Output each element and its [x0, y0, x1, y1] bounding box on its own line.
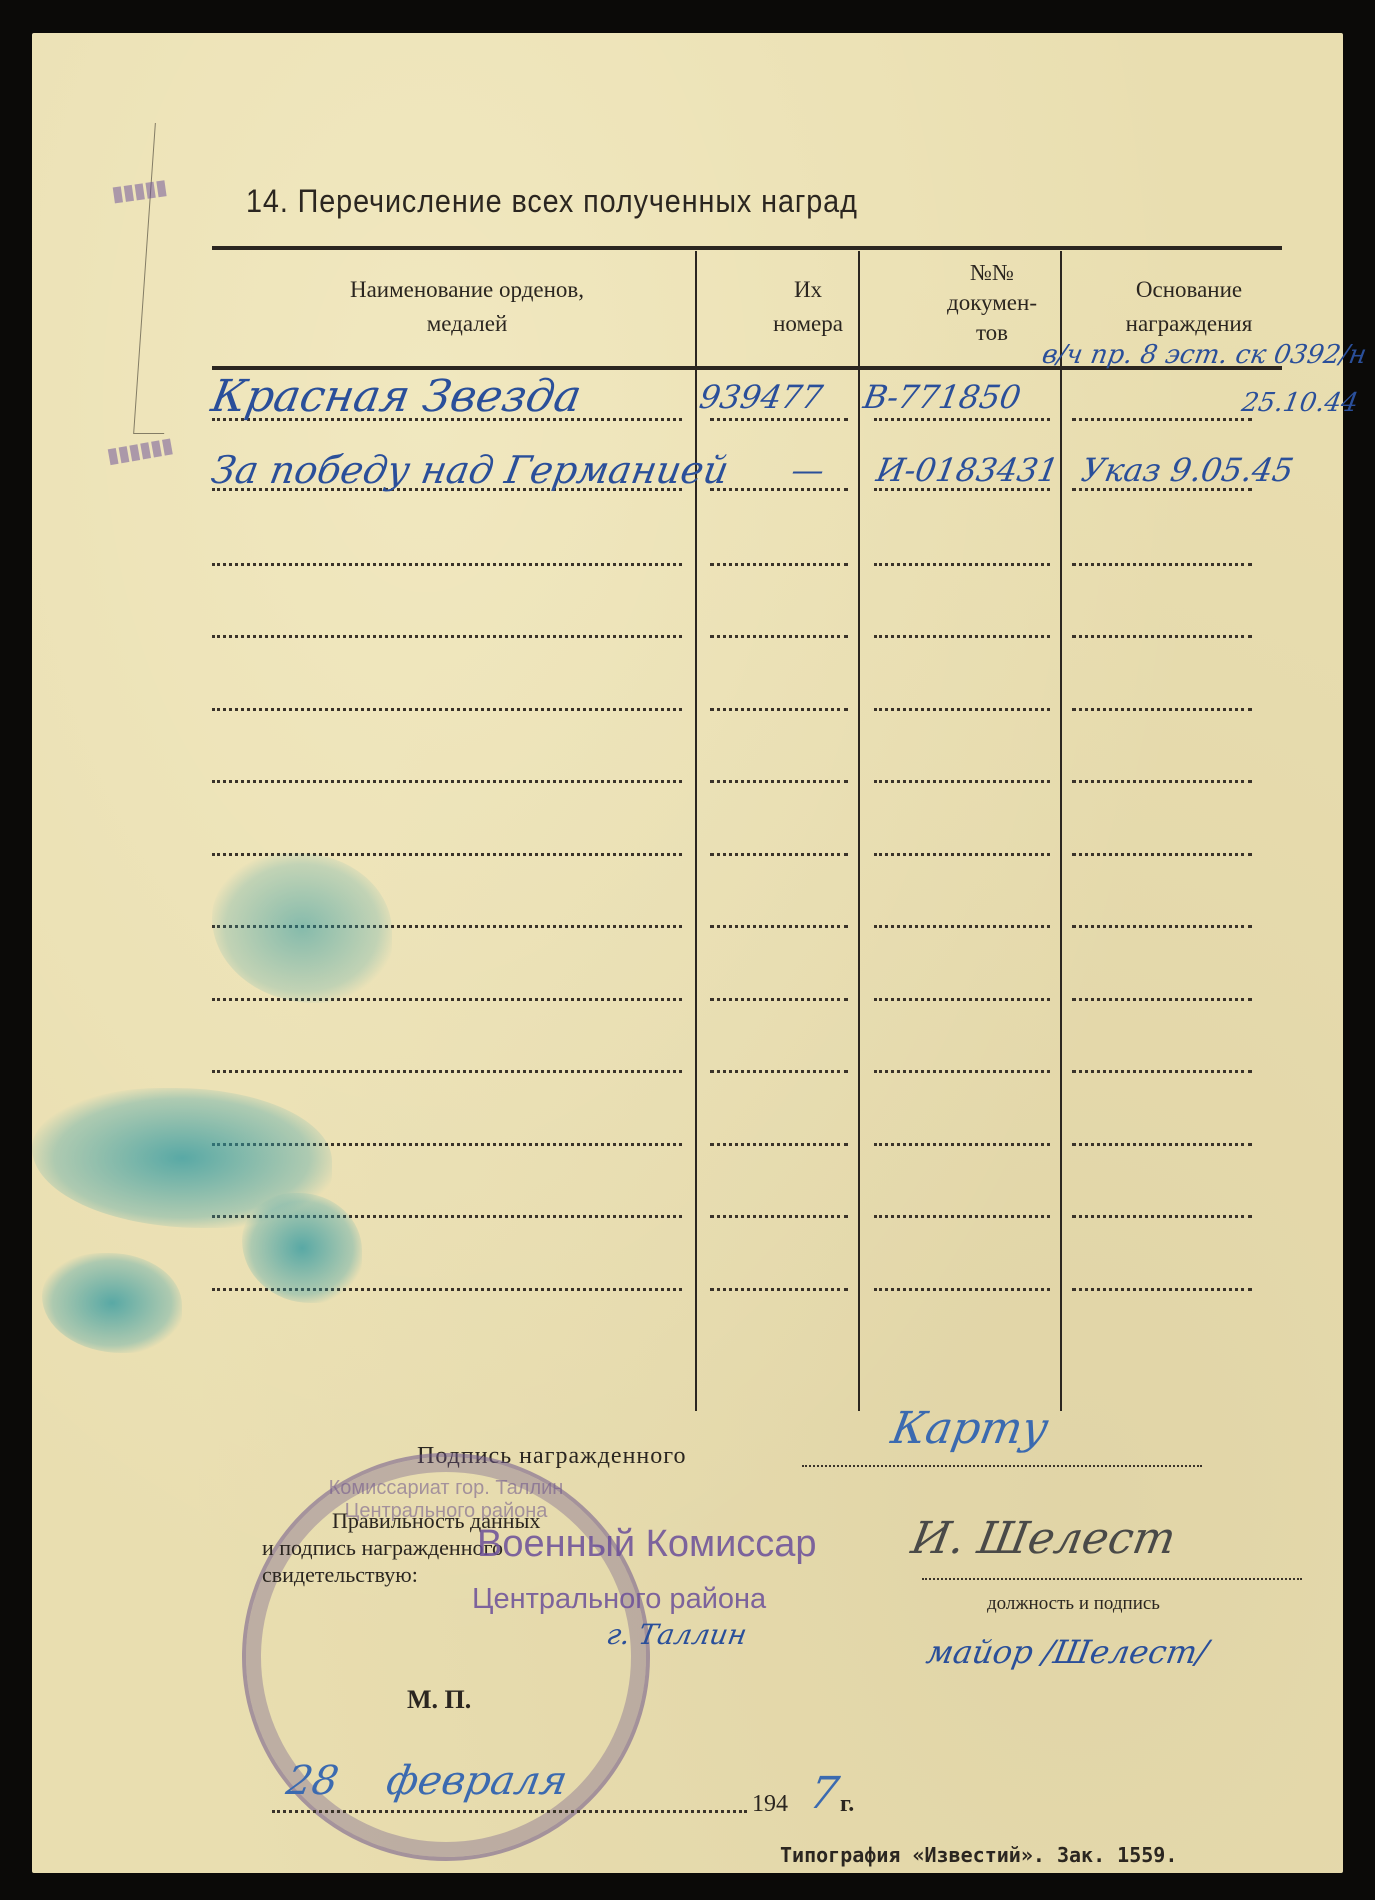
award-doc-2: И-0183431	[874, 451, 1062, 489]
position-label: должность и подпись	[987, 1593, 1160, 1615]
certify-line-3: свидетельствую:	[262, 1562, 418, 1588]
section-title: 14. Перечисление всех полученных наград	[246, 183, 858, 220]
column-divider-2	[858, 251, 860, 1411]
printer-imprint: Типография «Известий». Зак. 1559.	[780, 1843, 1177, 1867]
seal-place-label: М. П.	[407, 1685, 471, 1715]
date-month: февраля	[383, 1758, 571, 1804]
header-award-name: Наименование орденов, медалей	[212, 273, 722, 341]
header-award-numbers: Их номера	[728, 273, 888, 341]
awardee-signature: Карту	[888, 1403, 1053, 1454]
award-basis-2: Указ 9.05.45	[1079, 451, 1297, 489]
award-basis-1: в/ч пр. 8 эст. ск 0392/н 25.10.44	[964, 331, 1371, 427]
award-number-1: 939477	[697, 378, 826, 416]
date-day: 28	[283, 1758, 342, 1804]
column-divider-1	[695, 251, 697, 1411]
ink-stain	[42, 1253, 182, 1353]
awardee-signature-line	[802, 1465, 1202, 1467]
date-year-unit: г.	[840, 1791, 854, 1818]
date-line	[272, 1810, 747, 1813]
stamp-city-handwritten: г. Таллин	[604, 1618, 749, 1651]
award-name-2: За победу над Германией	[208, 448, 732, 492]
ink-stain	[212, 853, 392, 1003]
commissar-stamp-line1: Военный Комиссар	[477, 1523, 817, 1566]
pencil-bracket	[133, 123, 186, 434]
official-signature: И. Шелест	[908, 1513, 1180, 1564]
award-name-1: Красная Звезда	[208, 371, 586, 422]
certify-line-2: и подпись награжденного	[262, 1535, 503, 1561]
award-number-2: —	[789, 451, 828, 489]
date-year-suffix: 7	[806, 1768, 843, 1819]
violet-stamp-mid: ▮▮▮▮▮▮	[105, 432, 174, 468]
official-signature-line	[922, 1578, 1302, 1580]
table-top-rule	[212, 246, 1282, 250]
commissar-stamp-line2: Центрального района	[472, 1583, 766, 1616]
date-year-prefix: 194	[752, 1791, 788, 1818]
ink-stain	[242, 1193, 362, 1303]
document-page: ▮▮▮▮▮ ▮▮▮▮▮▮ 14. Перечисление всех получ…	[32, 33, 1343, 1873]
position-value: майор /Шелест/	[924, 1633, 1211, 1671]
